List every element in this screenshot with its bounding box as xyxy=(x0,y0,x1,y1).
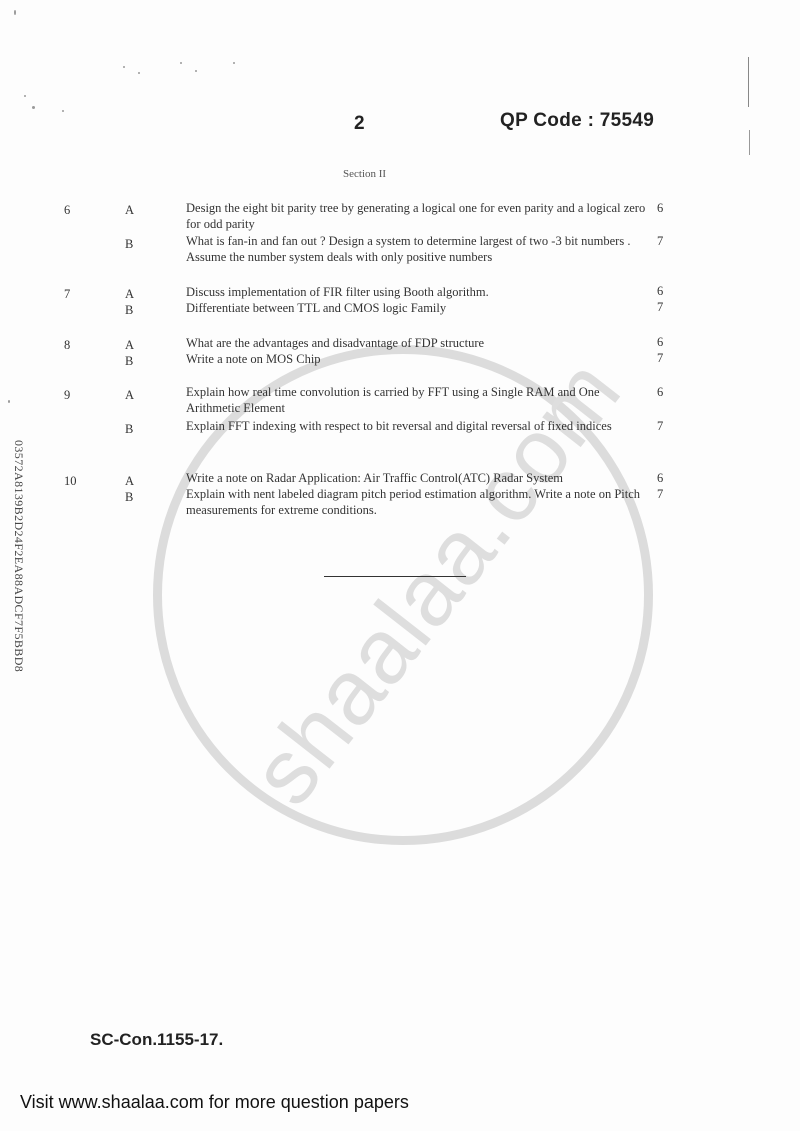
scan-noise xyxy=(138,72,140,74)
part-label: A xyxy=(125,387,134,403)
margin-line xyxy=(748,57,749,107)
question-number: 9 xyxy=(64,387,70,403)
question-paper-page: shaalaa.com 2 QP Code : 75549 Section II… xyxy=(0,0,800,1131)
marks: 6 xyxy=(657,334,663,350)
scan-noise xyxy=(32,106,35,109)
marks: 7 xyxy=(657,418,663,434)
side-hash-code: 03572A8139B2D24F2EA88ADCF7F5BBD8 xyxy=(11,440,26,720)
scan-noise xyxy=(233,62,235,64)
marks: 6 xyxy=(657,470,663,486)
question-number: 6 xyxy=(64,202,70,218)
marks: 6 xyxy=(657,200,663,216)
visit-footer-text: Visit www.shaalaa.com for more question … xyxy=(20,1092,409,1113)
question-text: Explain with nent labeled diagram pitch … xyxy=(186,486,656,518)
question-text: Discuss implementation of FIR filter usi… xyxy=(186,284,646,300)
question-text: What are the advantages and disadvantage… xyxy=(186,335,646,351)
scan-noise xyxy=(62,110,64,112)
part-label: A xyxy=(125,202,134,218)
question-text: What is fan-in and fan out ? Design a sy… xyxy=(186,233,646,265)
question-number: 8 xyxy=(64,337,70,353)
part-label: B xyxy=(125,489,133,505)
scan-noise xyxy=(180,62,182,64)
part-label: B xyxy=(125,236,133,252)
marks: 6 xyxy=(657,384,663,400)
marks: 6 xyxy=(657,283,663,299)
question-text: Design the eight bit parity tree by gene… xyxy=(186,200,646,232)
scan-noise xyxy=(14,10,16,15)
scan-noise xyxy=(195,70,197,72)
question-number: 10 xyxy=(64,473,77,489)
question-number: 7 xyxy=(64,286,70,302)
part-label: B xyxy=(125,421,133,437)
scan-noise xyxy=(24,95,26,97)
marks: 7 xyxy=(657,299,663,315)
paper-code: SC-Con.1155-17. xyxy=(90,1030,223,1050)
part-label: B xyxy=(125,302,133,318)
part-label: A xyxy=(125,473,134,489)
scan-noise xyxy=(8,400,10,403)
part-label: A xyxy=(125,286,134,302)
question-text: Explain FFT indexing with respect to bit… xyxy=(186,418,646,434)
question-text: Explain how real time convolution is car… xyxy=(186,384,646,416)
question-text: Write a note on Radar Application: Air T… xyxy=(186,470,656,486)
end-divider xyxy=(324,576,466,577)
question-text: Differentiate between TTL and CMOS logic… xyxy=(186,300,646,316)
marks: 7 xyxy=(657,233,663,249)
part-label: B xyxy=(125,353,133,369)
margin-line xyxy=(749,130,750,155)
part-label: A xyxy=(125,337,134,353)
qp-code: QP Code : 75549 xyxy=(500,110,654,132)
page-number: 2 xyxy=(354,113,365,135)
question-text: Write a note on MOS Chip xyxy=(186,351,646,367)
marks: 7 xyxy=(657,486,663,502)
scan-noise xyxy=(123,66,125,68)
section-title: Section II xyxy=(343,168,386,180)
marks: 7 xyxy=(657,350,663,366)
